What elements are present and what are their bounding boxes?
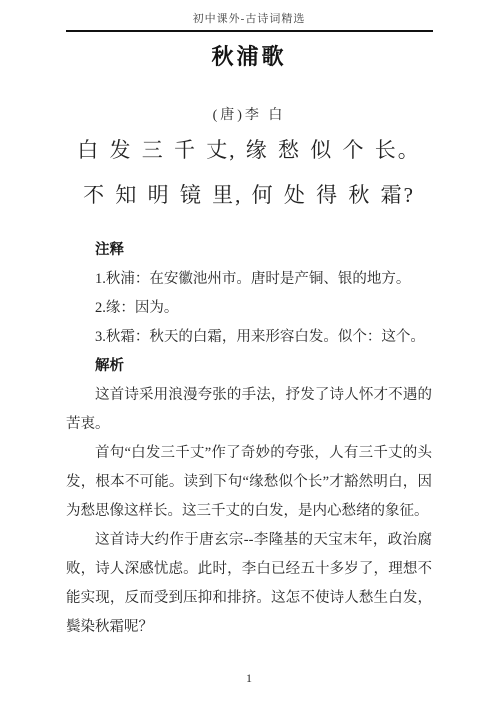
header-title: 初中课外-古诗词精选 xyxy=(0,0,498,26)
notes-heading: 注释 xyxy=(66,236,432,265)
poem-author: (唐)李 白 xyxy=(0,104,498,124)
analysis-paragraph-2: 首句“白发三千丈”作了奇妙的夸张，人有三千丈的头发，根本不可能。读到下句“缘愁似… xyxy=(66,439,432,526)
header-rule xyxy=(66,30,433,32)
page-header: 初中课外-古诗词精选 xyxy=(0,0,498,32)
poem-body: 白 发 三 千 丈, 缘 愁 似 个 长。 不 知 明 镜 里, 何 处 得 秋… xyxy=(0,128,498,218)
analysis-paragraph-3: 这首诗大约作于唐玄宗--李隆基的天宝末年，政治腐败，诗人深感忧虑。此时，李白已经… xyxy=(66,526,432,642)
analysis-heading: 解析 xyxy=(66,352,432,381)
note-item-3: 3.秋霜：秋天的白霜，用来形容白发。似个：这个。 xyxy=(66,323,432,352)
poem-line-1: 白 发 三 千 丈, 缘 愁 似 个 长。 xyxy=(0,128,498,173)
page-footer: 1 xyxy=(0,671,498,686)
note-item-1: 1.秋浦：在安徽池州市。唐时是产铜、银的地方。 xyxy=(66,265,432,294)
analysis-paragraph-1: 这首诗采用浪漫夸张的手法，抒发了诗人怀才不遇的苦衷。 xyxy=(66,381,432,439)
poem-title: 秋浦歌 xyxy=(0,44,498,70)
poem-line-2: 不 知 明 镜 里, 何 处 得 秋 霜? xyxy=(0,173,498,218)
page-number: 1 xyxy=(246,671,252,685)
note-item-2: 2.缘：因为。 xyxy=(66,294,432,323)
page-content: 注释 1.秋浦：在安徽池州市。唐时是产铜、银的地方。 2.缘：因为。 3.秋霜：… xyxy=(66,236,432,642)
document-page: 初中课外-古诗词精选 秋浦歌 (唐)李 白 白 发 三 千 丈, 缘 愁 似 个… xyxy=(0,0,498,708)
